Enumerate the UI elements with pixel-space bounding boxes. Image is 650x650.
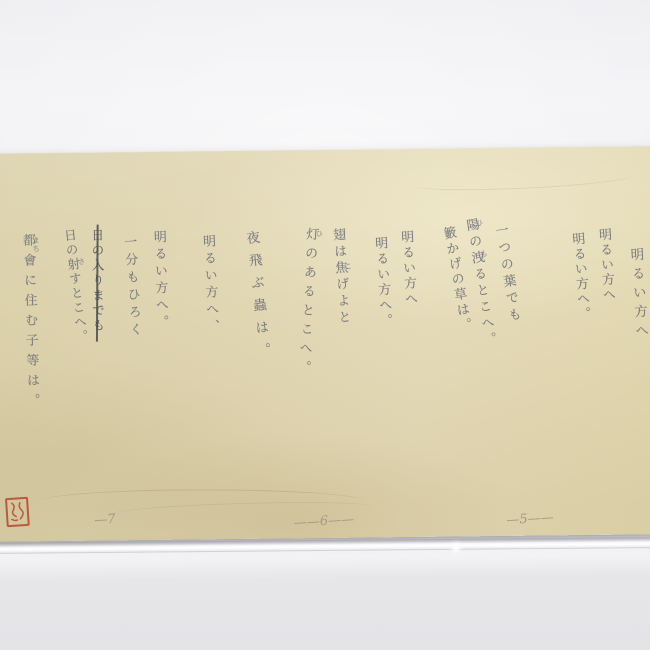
handwritten-text-column: 一分もひろく xyxy=(119,234,144,348)
page-number: ——6—— xyxy=(293,512,354,531)
furigana-annotation: ひ xyxy=(474,218,484,228)
handwritten-text-column: 明るい方へ。 xyxy=(370,235,394,337)
paper-crease xyxy=(37,489,367,514)
handwritten-text-column: 明るい方へ xyxy=(594,227,617,311)
handwritten-text-column: 明るい方へ xyxy=(626,246,650,350)
paper-crease xyxy=(413,167,634,194)
handwritten-text-column: 明るい方へ、 xyxy=(198,234,221,345)
handwritten-text-column: 翅は焦げよとこ xyxy=(328,227,353,335)
manuscript-paper: 明るい方へ明るい方へ明るい方へ。一つの葉でも陽の洩るとこへ。ひも籔かげの草は。明… xyxy=(0,146,650,542)
columns-container: 明るい方へ明るい方へ明るい方へ。一つの葉でも陽の洩るとこへ。ひも籔かげの草は。明… xyxy=(0,146,650,154)
furigana-annotation: まち xyxy=(31,236,40,253)
handwritten-text-column: 日の入りまでも xyxy=(88,229,107,342)
red-seal-stamp xyxy=(5,497,30,527)
handwritten-text-column: 明るい方へ。 xyxy=(149,230,170,340)
handwritten-text-column: 灯のあるとこへ。ひ xyxy=(292,226,319,387)
handwritten-text-column: 都會に住む子等は。まち xyxy=(18,233,41,421)
furigana-annotation: ひ xyxy=(315,229,324,238)
furigana-annotation: さ xyxy=(77,257,87,266)
specular-highlight xyxy=(453,545,459,550)
seal-glyphs xyxy=(7,499,28,525)
page-number: —5—— xyxy=(506,510,554,528)
handwritten-text-column: 夜飛ぶ蟲は。 xyxy=(242,230,274,374)
furigana-annotation: こ xyxy=(343,262,353,271)
page-number: —7 xyxy=(94,512,116,528)
photograph: 明るい方へ明るい方へ明るい方へ。一つの葉でも陽の洩るとこへ。ひも籔かげの草は。明… xyxy=(0,0,650,650)
furigana-annotation: も xyxy=(479,249,489,259)
handwritten-text-column: 明るい方へ xyxy=(396,229,419,315)
handwritten-text-column: 一つの葉でも xyxy=(490,223,524,334)
strikethrough-correction-line xyxy=(96,225,98,342)
page-numbers-container: —5————6———7 xyxy=(0,146,650,154)
surface-reflection xyxy=(0,548,650,582)
handwritten-text-column: 明るい方へ。 xyxy=(567,231,593,330)
